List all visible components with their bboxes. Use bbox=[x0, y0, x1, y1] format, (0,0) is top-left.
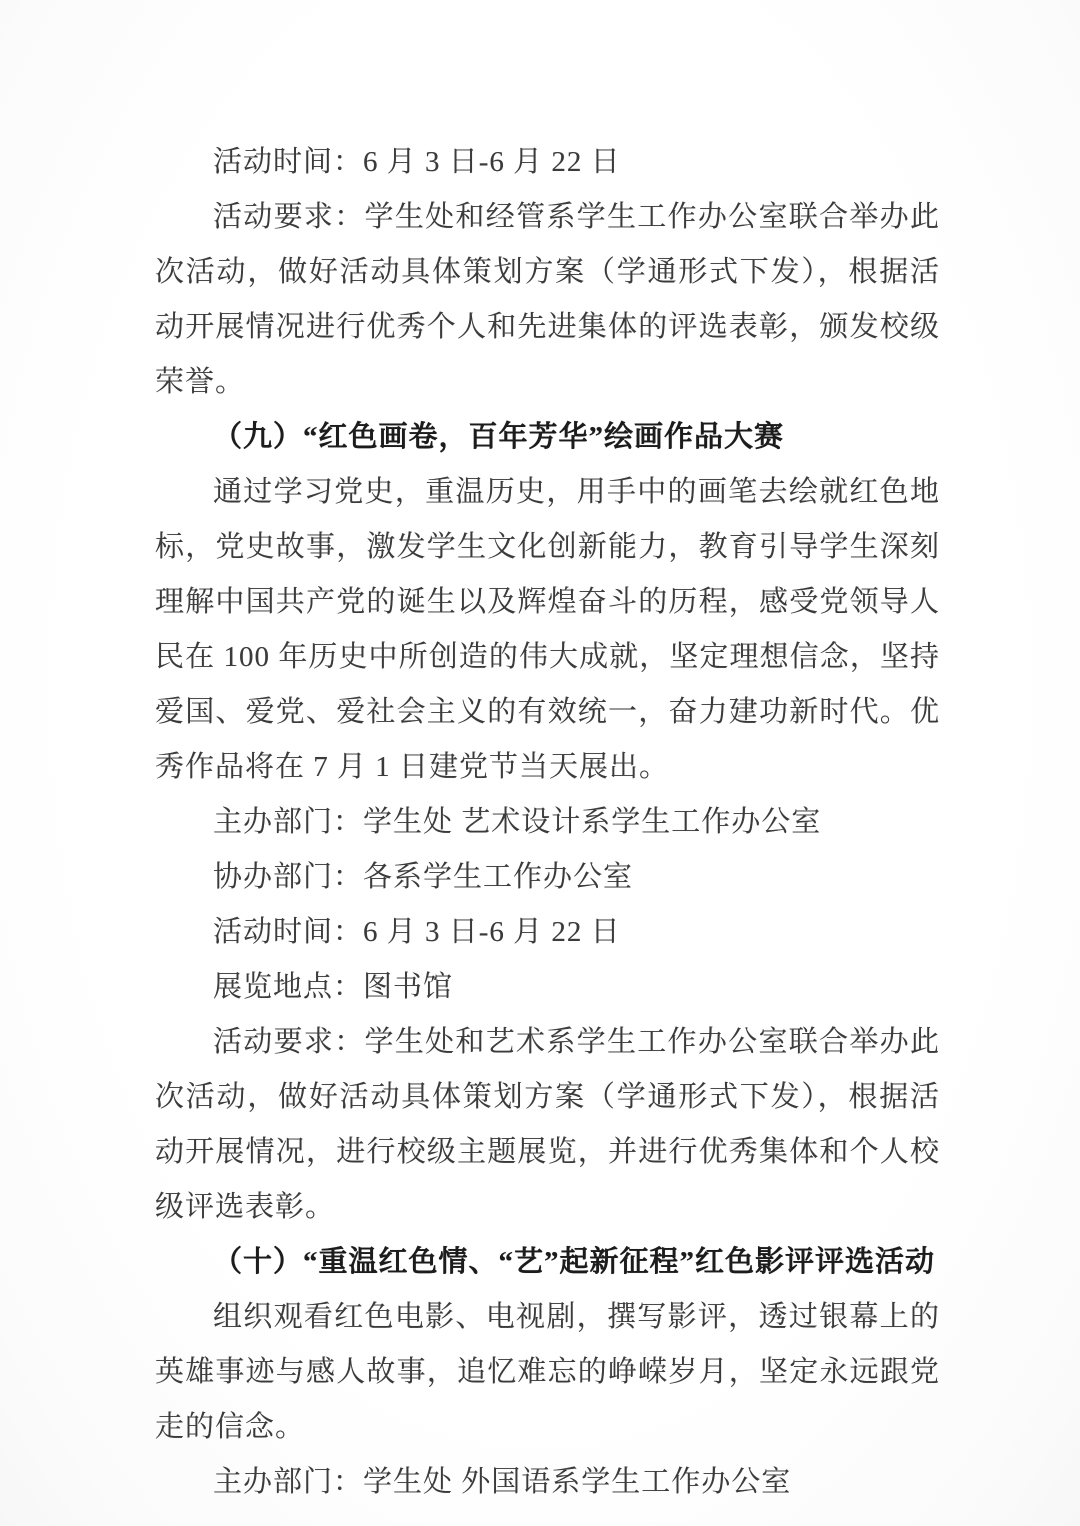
document-page: 活动时间：6 月 3 日-6 月 22 日 活动要求：学生处和经管系学生工作办公… bbox=[0, 0, 1080, 1526]
para-activity-requirements: 活动要求：学生处和经管系学生工作办公室联合举办此次活动，做好活动具体策划方案（学… bbox=[155, 190, 940, 410]
para-section-9-time: 活动时间：6 月 3 日-6 月 22 日 bbox=[155, 905, 940, 960]
heading-section-9: （九）“红色画卷，百年芳华”绘画作品大赛 bbox=[155, 410, 940, 465]
heading-section-10: （十）“重温红色情、“艺”起新征程”红色影评评选活动 bbox=[155, 1235, 940, 1290]
para-section-9-intro: 通过学习党史，重温历史，用手中的画笔去绘就红色地标，党史故事，激发学生文化创新能… bbox=[155, 465, 940, 795]
para-section-9-exhibit-location: 展览地点：图书馆 bbox=[155, 960, 940, 1015]
para-activity-time: 活动时间：6 月 3 日-6 月 22 日 bbox=[155, 135, 940, 190]
para-section-9-co-org-dept: 协办部门：各系学生工作办公室 bbox=[155, 850, 940, 905]
para-section-10-intro: 组织观看红色电影、电视剧，撰写影评，透过银幕上的英雄事迹与感人故事，追忆难忘的峥… bbox=[155, 1290, 940, 1455]
para-section-10-host-dept: 主办部门：学生处 外国语系学生工作办公室 bbox=[155, 1455, 940, 1510]
para-section-9-host-dept: 主办部门：学生处 艺术设计系学生工作办公室 bbox=[155, 795, 940, 850]
para-section-9-requirements: 活动要求：学生处和艺术系学生工作办公室联合举办此次活动，做好活动具体策划方案（学… bbox=[155, 1015, 940, 1235]
